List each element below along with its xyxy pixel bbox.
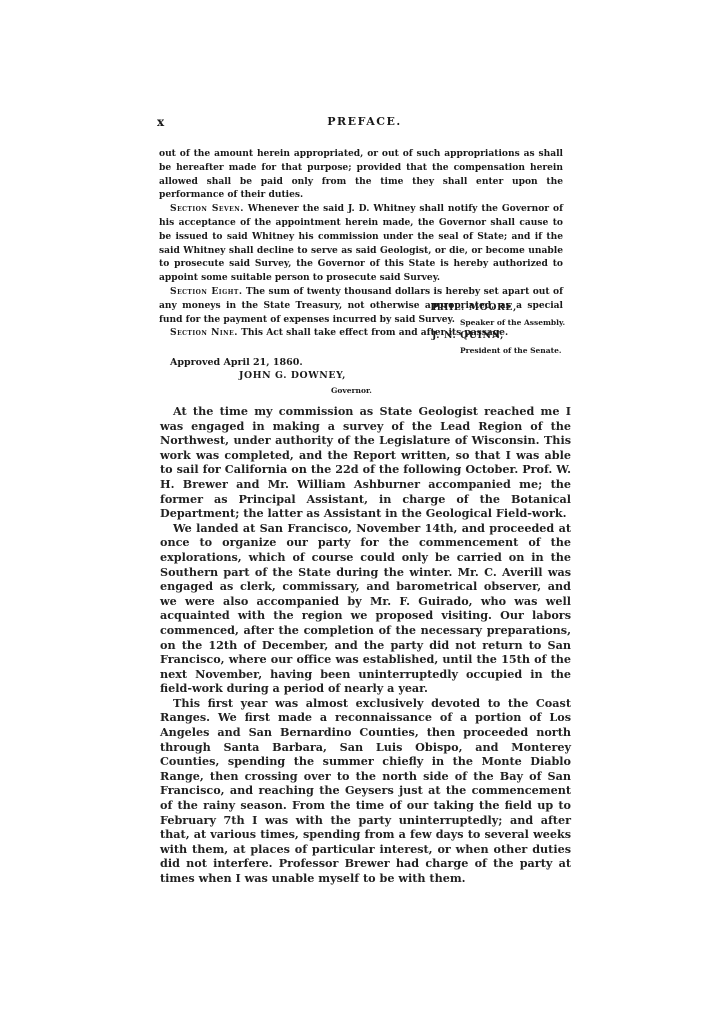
signature-speaker-name: PHIL. MOORE,	[432, 302, 517, 313]
governor-role: Governor.	[331, 386, 372, 395]
section-lead: Section Eight.	[170, 286, 243, 297]
governor-name: JOHN G. DOWNEY,	[239, 370, 346, 381]
running-head: x PREFACE.	[157, 115, 572, 131]
body-paragraph: This first year was almost exclusively d…	[160, 696, 571, 886]
approval-date: Approved April 21, 1860.	[170, 357, 303, 368]
document-page: x PREFACE. out of the amount herein appr…	[0, 0, 720, 1017]
preface-body: At the time my commission as State Geolo…	[160, 404, 571, 886]
section-lead: Section Nine.	[170, 327, 238, 338]
page-title: PREFACE.	[157, 115, 572, 128]
act-paragraph: out of the amount herein appropriated, o…	[159, 147, 563, 202]
signature-speaker-role: Speaker of the Assembly.	[460, 318, 565, 327]
body-paragraph: We landed at San Francisco, November 14t…	[160, 521, 571, 696]
signature-president-name: J. N. QUINN,	[432, 330, 504, 341]
section-lead: Section Seven.	[170, 203, 244, 214]
act-section-seven: Section Seven. Whenever the said J. D. W…	[159, 202, 563, 285]
signature-president-role: President of the Senate.	[460, 346, 561, 355]
body-paragraph: At the time my commission as State Geolo…	[160, 404, 571, 521]
